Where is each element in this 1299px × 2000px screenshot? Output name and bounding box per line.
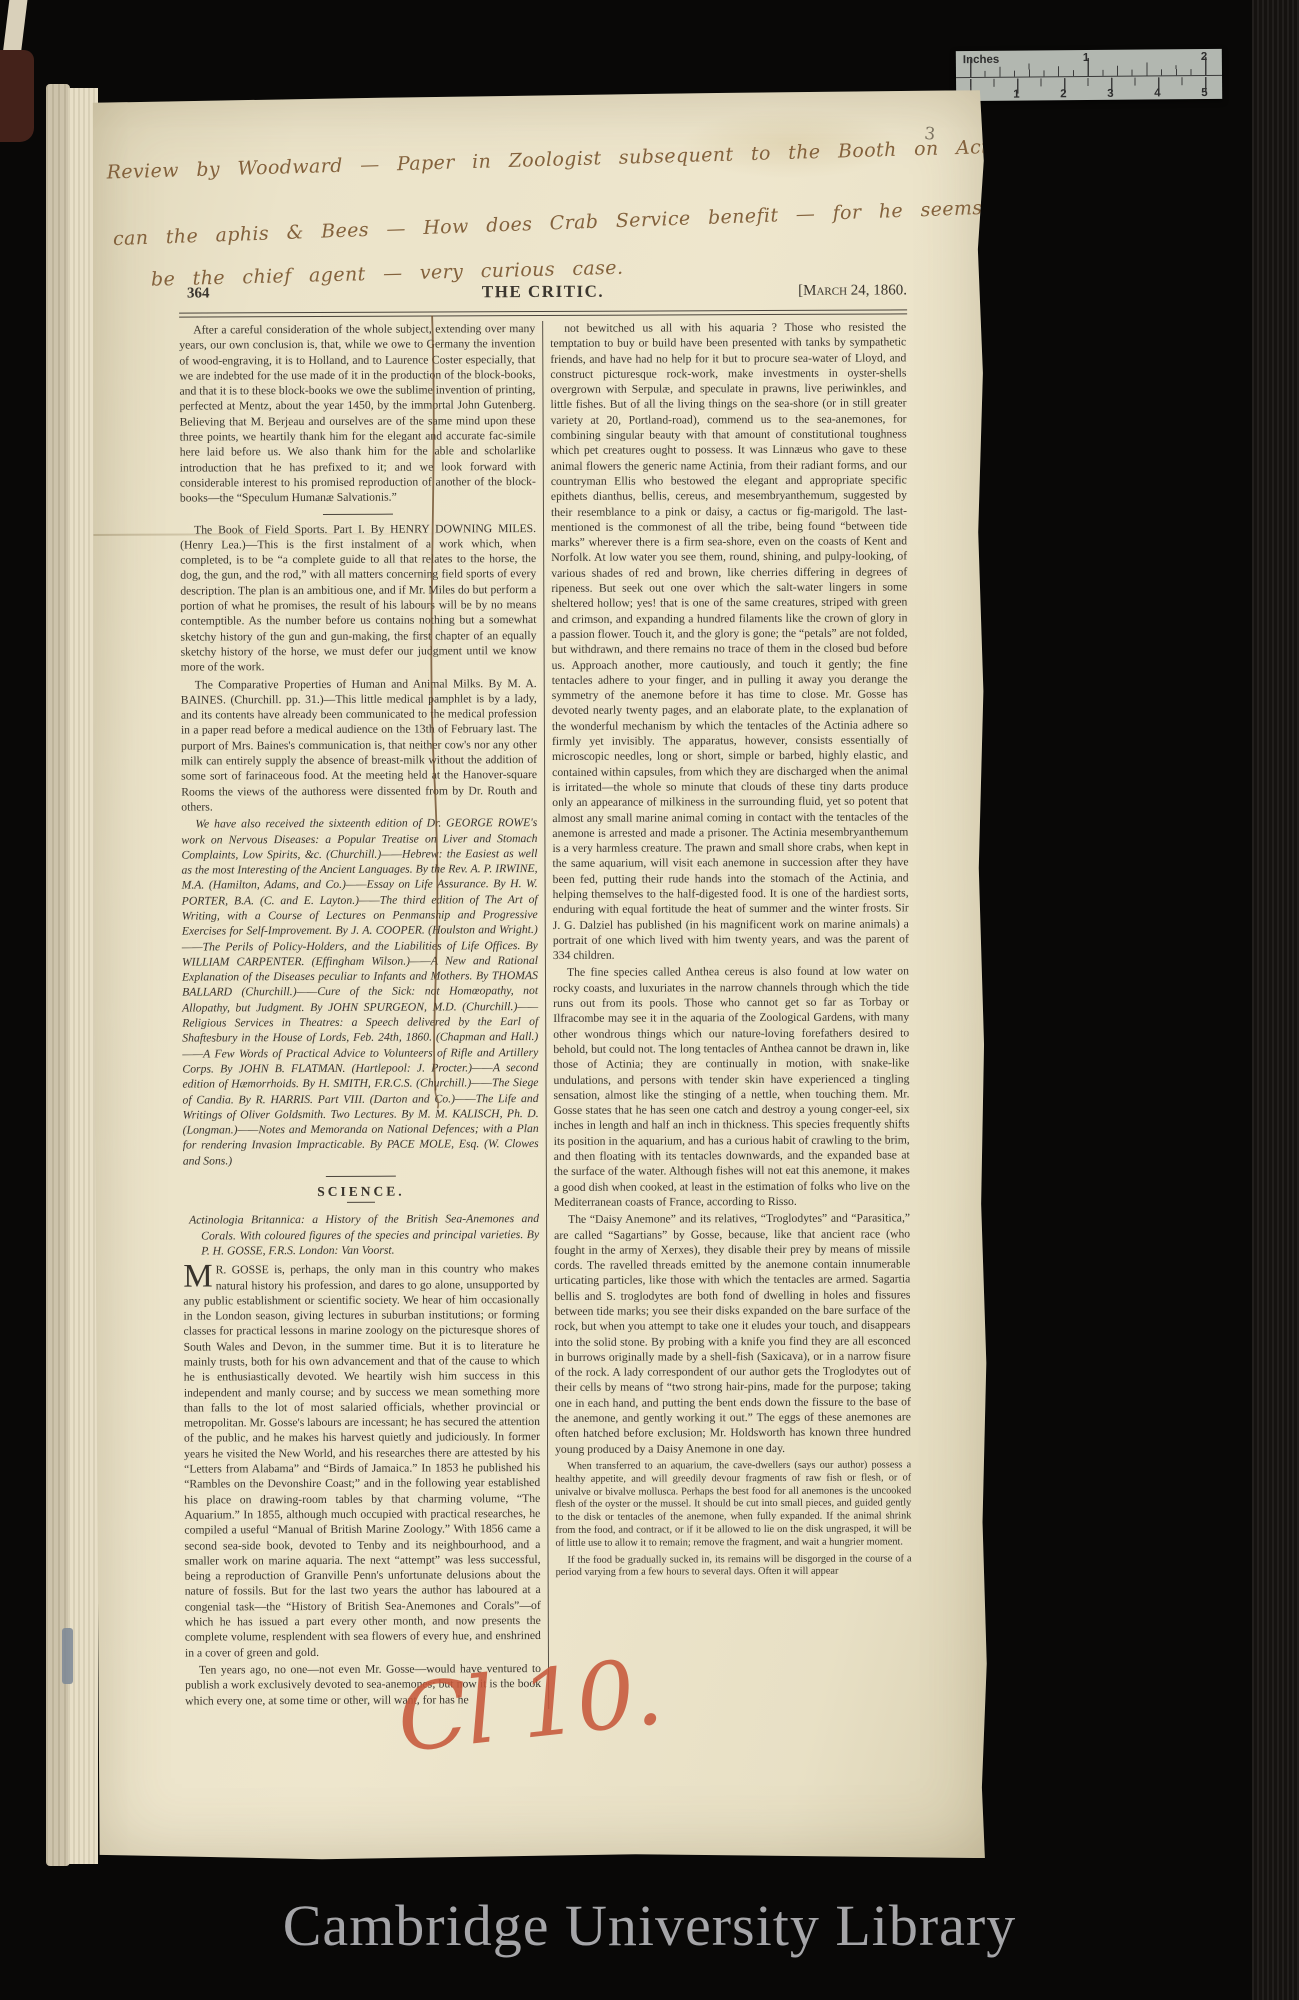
header-rule	[179, 309, 907, 317]
left-column: After a careful consideration of the who…	[179, 321, 541, 1710]
page-edges-strip	[46, 84, 70, 1866]
ruler-cm-number-1: 1	[1013, 89, 1020, 101]
review-citation: Actinologia Britannica: a History of the…	[183, 1211, 539, 1258]
ruler-cm-ticks	[956, 77, 1222, 94]
binding-leather-patch	[0, 50, 34, 142]
drop-cap: M	[183, 1263, 215, 1291]
ruler-cm-number-4: 4	[1154, 87, 1161, 99]
body-paragraph: The “Daisy Anemone” and its relatives, “…	[554, 1211, 911, 1457]
body-paragraph: After a careful consideration of the who…	[179, 321, 536, 506]
ruler-cm-number-2: 2	[1060, 88, 1067, 100]
handwritten-annotation-line-1: Review by Woodward — Paper in Zoologist …	[106, 129, 1225, 183]
ruler-cm-row: cm 1 2 3 4 5	[956, 77, 1222, 101]
edge-blue-mark	[62, 1628, 73, 1684]
ruler-cm-number-5: 5	[1201, 87, 1208, 99]
body-paragraph: The Comparative Properties of Human and …	[181, 676, 538, 815]
right-column: not bewitched us all with his aquaria ? …	[550, 319, 912, 1708]
column-divider-rule	[542, 321, 549, 1709]
body-paragraph: The fine species called Anthea cereus is…	[553, 964, 910, 1210]
ruler-inch-number-1: 1	[1083, 52, 1090, 64]
scanned-page-photograph: Inches 1 2 cm 1 2 3 4 5 3 Review by Wood…	[0, 0, 1299, 2000]
issue-date: [March 24, 1860.	[798, 282, 907, 299]
short-reviews-paragraph: We have also received the sixteenth edit…	[181, 815, 539, 1168]
body-paragraph: The Book of Field Sports. Part I. By HEN…	[180, 521, 537, 676]
ruler-inch-number-2: 2	[1201, 51, 1208, 63]
section-rule	[326, 1176, 396, 1177]
printed-page: 3 Review by Woodward — Paper in Zoologis…	[90, 90, 994, 1862]
body-paragraph: not bewitched us all with his aquaria ? …	[550, 319, 909, 963]
handwritten-annotation-line-2: can the aphis & Bees — How does Crab Ser…	[113, 196, 1021, 250]
small-type-paragraph: When transferred to an aquarium, the cav…	[555, 1459, 911, 1550]
gosse-paragraph-text: R. GOSSE is, perhaps, the only man in th…	[183, 1262, 541, 1659]
heading-dash-rule	[347, 1202, 375, 1203]
library-banner: Cambridge University Library	[0, 1892, 1299, 1959]
text-columns: After a careful consideration of the who…	[179, 319, 913, 1710]
science-heading: SCIENCE.	[183, 1183, 539, 1200]
small-type-paragraph: If the food be gradually sucked in, its …	[556, 1553, 912, 1580]
book-cloth-edge	[1252, 0, 1299, 2000]
scale-ruler: Inches 1 2 cm 1 2 3 4 5	[956, 49, 1222, 101]
body-paragraph: MR. GOSSE is, perhaps, the only man in t…	[183, 1261, 541, 1660]
running-header: 364 THE CRITIC. [March 24, 1860.	[179, 280, 907, 307]
ruler-cm-number-3: 3	[1107, 88, 1114, 100]
section-rule	[323, 513, 393, 514]
ruler-inches-row: Inches 1 2	[956, 49, 1222, 78]
